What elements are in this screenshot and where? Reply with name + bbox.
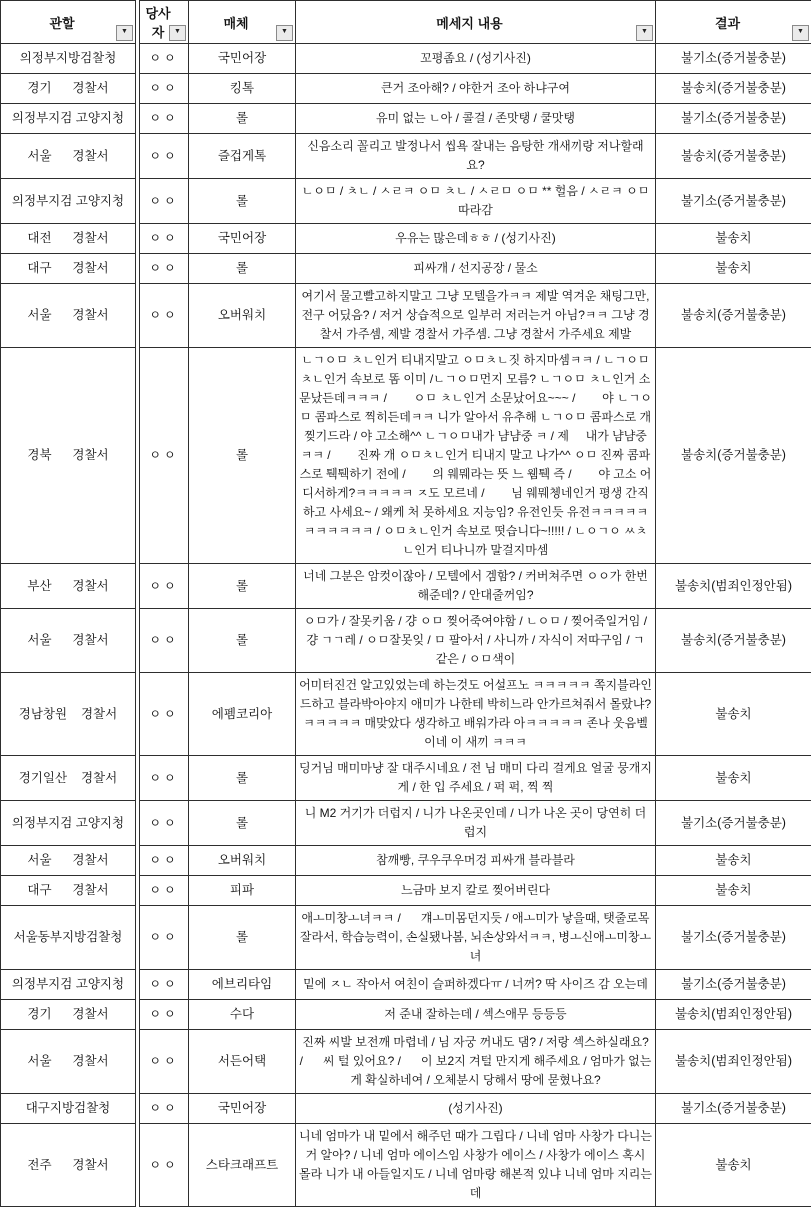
jurisdiction-cell[interactable]: 서울 경찰서 <box>1 134 136 179</box>
medium-cell[interactable]: 스타크래프트 <box>189 1124 296 1207</box>
result-cell[interactable]: 불기소(증거불충분) <box>656 44 811 74</box>
jurisdiction-cell[interactable]: 대전 경찰서 <box>1 224 136 254</box>
jurisdiction-cell[interactable]: 서울 경찰서 <box>1 846 136 876</box>
column-header-medium[interactable]: 매체▼ <box>189 1 296 44</box>
table-row: 경기 경찰서ㅇㅇ수다저 준내 잘하는데 / 섹스애무 등등등불송치(범죄인정안됨… <box>1 1000 811 1030</box>
result-cell[interactable]: 불송치(증거불충분) <box>656 284 811 348</box>
message-cell[interactable]: 우유는 많은데ㅎㅎ / (성기사진) <box>296 224 656 254</box>
party-cell[interactable]: ㅇㅇ <box>140 673 189 756</box>
jurisdiction-cell[interactable]: 의정부지검 고양지청 <box>1 179 136 224</box>
result-cell[interactable]: 불송치 <box>656 224 811 254</box>
jurisdiction-cell[interactable]: 서울 경찰서 <box>1 1030 136 1094</box>
medium-cell[interactable]: 롤 <box>189 348 296 564</box>
column-header-message[interactable]: 메세지 내용▼ <box>296 1 656 44</box>
jurisdiction-cell[interactable]: 경남창원 경찰서 <box>1 673 136 756</box>
jurisdiction-cell[interactable]: 대구 경찰서 <box>1 254 136 284</box>
result-cell[interactable]: 불송치 <box>656 673 811 756</box>
party-cell[interactable]: ㅇㅇ <box>140 44 189 74</box>
filter-dropdown-icon[interactable]: ▼ <box>636 25 653 41</box>
table-row: 서울동부지방검찰청ㅇㅇ롤애ㅗ미창ㅗ녀ㅋㅋ / 걔ㅗ미몸던지듯 / 애ㅗ미가 낳을… <box>1 906 811 970</box>
column-header-label: 당사자 <box>145 6 170 40</box>
party-cell[interactable]: ㅇㅇ <box>140 1094 189 1124</box>
party-cell[interactable]: ㅇㅇ <box>140 906 189 970</box>
case-table: 관할▼당사자▼매체▼메세지 내용▼결과▼ 의정부지방검찰청ㅇㅇ국민어장꼬평좀요 … <box>0 0 811 1207</box>
medium-cell[interactable]: 킹톡 <box>189 74 296 104</box>
party-cell[interactable]: ㅇㅇ <box>140 970 189 1000</box>
message-cell[interactable]: 여기서 물고빨고하지말고 그냥 모텔을가ㅋㅋ 제발 역겨운 채팅그만, 전구 어… <box>296 284 656 348</box>
medium-cell[interactable]: 롤 <box>189 609 296 673</box>
table-row: 의정부지검 고양지청ㅇㅇ롤유미 없는 ㄴ아 / 콜걸 / 존맛탱 / 쿨맛탱불기… <box>1 104 811 134</box>
message-cell[interactable]: 밑에 ㅈㄴ 작아서 여친이 슬퍼하겠다ㅠ / 너꺼? 딱 사이즈 감 오는데 <box>296 970 656 1000</box>
column-header-label: 관할 <box>49 16 74 31</box>
message-cell[interactable]: 어미터진건 알고있었는데 하는것도 어설프노 ㅋㅋㅋㅋㅋ 쪽지블라인드하고 블라… <box>296 673 656 756</box>
message-cell[interactable]: ㄴㅇㅁ / ㅊㄴ / ㅅㄹㅋ ㅇㅁ ㅊㄴ / ㅅㄹㅁ ㅇㅁ ** 헐음 / ㅅㄹ… <box>296 179 656 224</box>
medium-cell[interactable]: 에브리타임 <box>189 970 296 1000</box>
table-row: 의정부지검 고양지청ㅇㅇ롤니 M2 거기가 더럽지 / 니가 나온곳인데 / 니… <box>1 801 811 846</box>
party-cell[interactable]: ㅇㅇ <box>140 224 189 254</box>
table-row: 경남창원 경찰서ㅇㅇ에펨코리아어미터진건 알고있었는데 하는것도 어설프노 ㅋㅋ… <box>1 673 811 756</box>
message-cell[interactable]: 신음소리 꼴리고 발정나서 씹욕 잘내는 음탕한 개새끼랑 저나할래요? <box>296 134 656 179</box>
message-cell[interactable]: ㄴㄱㅇㅁ ㅊㄴ인거 티내지말고 ㅇㅁㅊㄴ짓 하지마셈ㅋㅋ / ㄴㄱㅇㅁㅊㄴ인거 … <box>296 348 656 564</box>
result-cell[interactable]: 불기소(증거불충분) <box>656 906 811 970</box>
column-header-result[interactable]: 결과▼ <box>656 1 811 44</box>
medium-cell[interactable]: 롤 <box>189 756 296 801</box>
medium-cell[interactable]: 서든어택 <box>189 1030 296 1094</box>
result-cell[interactable]: 불송치(증거불충분) <box>656 348 811 564</box>
medium-cell[interactable]: 피파 <box>189 876 296 906</box>
medium-cell[interactable]: 롤 <box>189 254 296 284</box>
medium-cell[interactable]: 즐겁게톡 <box>189 134 296 179</box>
result-cell[interactable]: 불기소(증거불충분) <box>656 179 811 224</box>
party-cell[interactable]: ㅇㅇ <box>140 1124 189 1207</box>
medium-cell[interactable]: 수다 <box>189 1000 296 1030</box>
result-cell[interactable]: 불송치(범죄인정안됨) <box>656 1000 811 1030</box>
table-row: 서울 경찰서ㅇㅇ오버워치참깨빵, 쿠우쿠우머겅 피싸개 블라블라불송치 <box>1 846 811 876</box>
jurisdiction-cell[interactable]: 의정부지검 고양지청 <box>1 104 136 134</box>
table-header: 관할▼당사자▼매체▼메세지 내용▼결과▼ <box>1 1 811 44</box>
party-cell[interactable]: ㅇㅇ <box>140 1030 189 1094</box>
message-cell[interactable]: 큰거 조아해? / 야한거 조아 하냐구여 <box>296 74 656 104</box>
column-header-party[interactable]: 당사자▼ <box>140 1 189 44</box>
medium-cell[interactable]: 국민어장 <box>189 44 296 74</box>
message-cell[interactable]: 피싸개 / 선지공장 / 물소 <box>296 254 656 284</box>
message-cell[interactable]: 애ㅗ미창ㅗ녀ㅋㅋ / 걔ㅗ미몸던지듯 / 애ㅗ미가 낳을때, 탯줄로목잘라서, … <box>296 906 656 970</box>
table-row: 대구 경찰서ㅇㅇ롤피싸개 / 선지공장 / 물소불송치 <box>1 254 811 284</box>
column-header-label: 메세지 내용 <box>436 16 502 31</box>
jurisdiction-cell[interactable]: 서울동부지방검찰청 <box>1 906 136 970</box>
result-cell[interactable]: 불송치(범죄인정안됨) <box>656 1030 811 1094</box>
party-cell[interactable]: ㅇㅇ <box>140 756 189 801</box>
medium-cell[interactable]: 롤 <box>189 906 296 970</box>
medium-cell[interactable]: 국민어장 <box>189 1094 296 1124</box>
jurisdiction-cell[interactable]: 서울 경찰서 <box>1 609 136 673</box>
message-cell[interactable]: 꼬평좀요 / (성기사진) <box>296 44 656 74</box>
jurisdiction-cell[interactable]: 의정부지검 고양지청 <box>1 970 136 1000</box>
message-cell[interactable]: 느금마 보지 칼로 찢어버린다 <box>296 876 656 906</box>
filter-dropdown-icon[interactable]: ▼ <box>116 25 133 41</box>
party-cell[interactable]: ㅇㅇ <box>140 876 189 906</box>
result-cell[interactable]: 불송치(증거불충분) <box>656 74 811 104</box>
result-cell[interactable]: 불송치 <box>656 756 811 801</box>
jurisdiction-cell[interactable]: 경기 경찰서 <box>1 74 136 104</box>
column-header-label: 결과 <box>715 16 740 31</box>
jurisdiction-cell[interactable]: 대구 경찰서 <box>1 876 136 906</box>
jurisdiction-cell[interactable]: 서울 경찰서 <box>1 284 136 348</box>
party-cell[interactable]: ㅇㅇ <box>140 254 189 284</box>
medium-cell[interactable]: 오버워치 <box>189 284 296 348</box>
result-cell[interactable]: 불송치(범죄인정안됨) <box>656 564 811 609</box>
message-cell[interactable]: 니 M2 거기가 더럽지 / 니가 나온곳인데 / 니가 나온 곳이 당연히 더… <box>296 801 656 846</box>
table-row: 경기일산 경찰서ㅇㅇ롤딩거님 매미마냥 잘 대주시네요 / 전 님 매미 다리 … <box>1 756 811 801</box>
result-cell[interactable]: 불기소(증거불충분) <box>656 1094 811 1124</box>
party-cell[interactable]: ㅇㅇ <box>140 179 189 224</box>
header-row: 관할▼당사자▼매체▼메세지 내용▼결과▼ <box>1 1 811 44</box>
table-row: 서울 경찰서ㅇㅇ서든어택진짜 씨발 보전깨 마렵네 / 님 자궁 꺼내도 댐? … <box>1 1030 811 1094</box>
result-cell[interactable]: 불기소(증거불충분) <box>656 801 811 846</box>
party-cell[interactable]: ㅇㅇ <box>140 284 189 348</box>
table-row: 의정부지방검찰청ㅇㅇ국민어장꼬평좀요 / (성기사진)불기소(증거불충분) <box>1 44 811 74</box>
party-cell[interactable]: ㅇㅇ <box>140 801 189 846</box>
party-cell[interactable]: ㅇㅇ <box>140 348 189 564</box>
message-cell[interactable]: 유미 없는 ㄴ아 / 콜걸 / 존맛탱 / 쿨맛탱 <box>296 104 656 134</box>
table-row: 대전 경찰서ㅇㅇ국민어장우유는 많은데ㅎㅎ / (성기사진)불송치 <box>1 224 811 254</box>
message-cell[interactable]: ㅇㅁ가 / 잘못키움 / 걍 ㅇㅁ 찢어죽여야함 / ㄴㅇㅁ / 찢어죽일거임 … <box>296 609 656 673</box>
spreadsheet: 관할▼당사자▼매체▼메세지 내용▼결과▼ 의정부지방검찰청ㅇㅇ국민어장꼬평좀요 … <box>0 0 811 1207</box>
result-cell[interactable]: 불송치(증거불충분) <box>656 609 811 673</box>
table-body: 의정부지방검찰청ㅇㅇ국민어장꼬평좀요 / (성기사진)불기소(증거불충분)경기 … <box>1 44 811 1207</box>
result-cell[interactable]: 불송치 <box>656 876 811 906</box>
filter-dropdown-icon[interactable]: ▼ <box>169 25 186 41</box>
message-cell[interactable]: 니네 엄마가 내 밑에서 해주던 때가 그립다 / 니네 엄마 사창가 다니는거… <box>296 1124 656 1207</box>
medium-cell[interactable]: 에펨코리아 <box>189 673 296 756</box>
table-row: 서울 경찰서ㅇㅇ롤ㅇㅁ가 / 잘못키움 / 걍 ㅇㅁ 찢어죽여야함 / ㄴㅇㅁ … <box>1 609 811 673</box>
jurisdiction-cell[interactable]: 부산 경찰서 <box>1 564 136 609</box>
table-row: 경기 경찰서ㅇㅇ킹톡큰거 조아해? / 야한거 조아 하냐구여불송치(증거불충분… <box>1 74 811 104</box>
column-header-jurisdiction[interactable]: 관할▼ <box>1 1 136 44</box>
table-row: 서울 경찰서ㅇㅇ즐겁게톡신음소리 꼴리고 발정나서 씹욕 잘내는 음탕한 개새끼… <box>1 134 811 179</box>
result-cell[interactable]: 불기소(증거불충분) <box>656 104 811 134</box>
result-cell[interactable]: 불송치 <box>656 254 811 284</box>
table-row: 의정부지검 고양지청ㅇㅇ에브리타임밑에 ㅈㄴ 작아서 여친이 슬퍼하겠다ㅠ / … <box>1 970 811 1000</box>
medium-cell[interactable]: 오버워치 <box>189 846 296 876</box>
table-row: 의정부지검 고양지청ㅇㅇ롤ㄴㅇㅁ / ㅊㄴ / ㅅㄹㅋ ㅇㅁ ㅊㄴ / ㅅㄹㅁ … <box>1 179 811 224</box>
table-row: 서울 경찰서ㅇㅇ오버워치여기서 물고빨고하지말고 그냥 모텔을가ㅋㅋ 제발 역겨… <box>1 284 811 348</box>
medium-cell[interactable]: 국민어장 <box>189 224 296 254</box>
party-cell[interactable]: ㅇㅇ <box>140 609 189 673</box>
party-cell[interactable]: ㅇㅇ <box>140 1000 189 1030</box>
table-row: 전주 경찰서ㅇㅇ스타크래프트니네 엄마가 내 밑에서 해주던 때가 그립다 / … <box>1 1124 811 1207</box>
party-cell[interactable]: ㅇㅇ <box>140 104 189 134</box>
message-cell[interactable]: 너네 그분은 암컷이잖아 / 모텔에서 겜함? / 커버쳐주면 ㅇㅇ가 한번 해… <box>296 564 656 609</box>
jurisdiction-cell[interactable]: 의정부지방검찰청 <box>1 44 136 74</box>
jurisdiction-cell[interactable]: 의정부지검 고양지청 <box>1 801 136 846</box>
medium-cell[interactable]: 롤 <box>189 104 296 134</box>
message-cell[interactable]: 딩거님 매미마냥 잘 대주시네요 / 전 님 매미 다리 걸게요 얼굴 뭉개지게… <box>296 756 656 801</box>
party-cell[interactable]: ㅇㅇ <box>140 846 189 876</box>
result-cell[interactable]: 불송치(증거불충분) <box>656 134 811 179</box>
table-row: 경북 경찰서ㅇㅇ롤ㄴㄱㅇㅁ ㅊㄴ인거 티내지말고 ㅇㅁㅊㄴ짓 하지마셈ㅋㅋ / … <box>1 348 811 564</box>
table-row: 대구지방검찰청ㅇㅇ국민어장(성기사진)불기소(증거불충분) <box>1 1094 811 1124</box>
result-cell[interactable]: 불송치 <box>656 1124 811 1207</box>
column-header-label: 매체 <box>223 16 248 31</box>
jurisdiction-cell[interactable]: 대구지방검찰청 <box>1 1094 136 1124</box>
message-cell[interactable]: (성기사진) <box>296 1094 656 1124</box>
party-cell[interactable]: ㅇㅇ <box>140 134 189 179</box>
result-cell[interactable]: 불기소(증거불충분) <box>656 970 811 1000</box>
jurisdiction-cell[interactable]: 경기일산 경찰서 <box>1 756 136 801</box>
medium-cell[interactable]: 롤 <box>189 179 296 224</box>
filter-dropdown-icon[interactable]: ▼ <box>792 25 809 41</box>
table-row: 대구 경찰서ㅇㅇ피파느금마 보지 칼로 찢어버린다불송치 <box>1 876 811 906</box>
message-cell[interactable]: 저 준내 잘하는데 / 섹스애무 등등등 <box>296 1000 656 1030</box>
medium-cell[interactable]: 롤 <box>189 564 296 609</box>
table-row: 부산 경찰서ㅇㅇ롤너네 그분은 암컷이잖아 / 모텔에서 겜함? / 커버쳐주면… <box>1 564 811 609</box>
message-cell[interactable]: 참깨빵, 쿠우쿠우머겅 피싸개 블라블라 <box>296 846 656 876</box>
message-cell[interactable]: 진짜 씨발 보전깨 마렵네 / 님 자궁 꺼내도 댐? / 저랑 섹스하실래요?… <box>296 1030 656 1094</box>
party-cell[interactable]: ㅇㅇ <box>140 74 189 104</box>
result-cell[interactable]: 불송치 <box>656 846 811 876</box>
jurisdiction-cell[interactable]: 전주 경찰서 <box>1 1124 136 1207</box>
jurisdiction-cell[interactable]: 경북 경찰서 <box>1 348 136 564</box>
party-cell[interactable]: ㅇㅇ <box>140 564 189 609</box>
jurisdiction-cell[interactable]: 경기 경찰서 <box>1 1000 136 1030</box>
filter-dropdown-icon[interactable]: ▼ <box>276 25 293 41</box>
medium-cell[interactable]: 롤 <box>189 801 296 846</box>
